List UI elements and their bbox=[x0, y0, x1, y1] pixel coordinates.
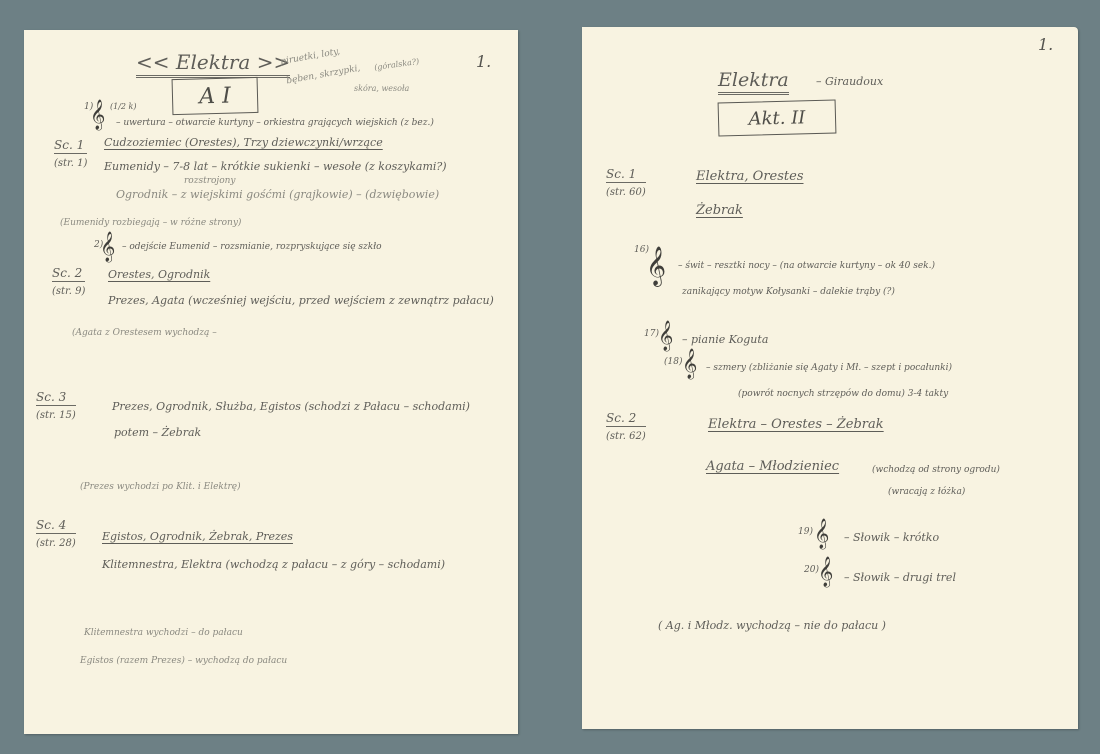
manuscript-page-left: << Elektra >> 1. piruetki, loty, bęben, … bbox=[24, 30, 518, 734]
scene-page-ref: (str. 1) bbox=[54, 158, 87, 169]
scene-label: Sc. 1 (str. 1) bbox=[54, 138, 87, 169]
act-box: Akt. II bbox=[718, 99, 837, 136]
cue-text: – odejście Eumenid – rozsmianie, rozprys… bbox=[122, 242, 382, 252]
author-name: – Giraudoux bbox=[816, 75, 883, 88]
scene-line: Orestes, Ogrodnik bbox=[108, 268, 210, 281]
cue-text: – świt – resztki nocy – (na otwarcie kur… bbox=[678, 261, 935, 271]
scene-label: Sc. 3 (str. 15) bbox=[36, 390, 76, 421]
scene-line: Elektra, Orestes bbox=[696, 169, 804, 184]
scene-number: Sc. 2 bbox=[52, 266, 85, 282]
act-label: Akt. II bbox=[748, 107, 805, 129]
page-number: 1. bbox=[1038, 35, 1053, 54]
scene-line: Prezes, Ogrodnik, Służba, Egistos (schod… bbox=[112, 400, 470, 413]
scene-line: Agata – Młodzieniec bbox=[706, 459, 839, 474]
scene-line: Cudzoziemiec (Orestes), Trzy dziewczynki… bbox=[104, 136, 383, 149]
cue-text: (powrót nocnych strzępów do domu) 3-4 ta… bbox=[738, 389, 948, 399]
cue-number: (18) bbox=[664, 357, 682, 367]
treble-clef-icon: 𝄞 bbox=[682, 351, 697, 377]
scene-page-ref: (str. 60) bbox=[606, 187, 646, 198]
scene-page-ref: (str. 28) bbox=[36, 538, 76, 549]
scene-line: Klitemnestra, Elektra (wchodzą z pałacu … bbox=[102, 558, 445, 571]
footer-note: Egistos (razem Prezes) – wychodzą do pał… bbox=[80, 656, 287, 666]
scene-line: Żebrak bbox=[696, 203, 743, 218]
scene-number: Sc. 1 bbox=[606, 167, 646, 183]
page-number: 1. bbox=[476, 52, 491, 71]
scene-line: Prezes, Agata (wcześniej wejściu, przed … bbox=[108, 294, 494, 307]
scene-line: Elektra – Orestes – Żebrak bbox=[708, 417, 884, 432]
scene-line: Eumenidy – 7-8 lat – krótkie sukienki – … bbox=[104, 160, 447, 173]
footer-note: Klitemnestra wychodzi – do pałacu bbox=[84, 628, 243, 638]
cue-number: 19) bbox=[798, 527, 813, 537]
scene-aside: (wracają z łóżka) bbox=[888, 487, 965, 497]
cue-duration: (1/2 k) bbox=[110, 102, 137, 111]
scene-line: (Prezes wychodzi po Klit. i Elektrę) bbox=[80, 482, 241, 492]
scene-line: Ogrodnik – z wiejskimi gośćmi (grajkowie… bbox=[116, 188, 439, 201]
scene-line: Egistos, Ogrodnik, Żebrak, Prezes bbox=[102, 530, 293, 543]
scene-line: rozstrojony bbox=[184, 176, 236, 186]
scene-label: Sc. 1 (str. 60) bbox=[606, 167, 646, 198]
page-title: << Elektra >> bbox=[136, 50, 290, 78]
cue-text: zanikający motyw Kołysanki – dalekie trą… bbox=[682, 287, 895, 297]
side-note-line-3: (góralska?) bbox=[374, 57, 420, 72]
scene-page-ref: (str. 15) bbox=[36, 410, 76, 421]
treble-clef-icon: 𝄞 bbox=[90, 102, 105, 128]
treble-clef-icon: 𝄞 bbox=[814, 521, 829, 547]
side-note-line-4: skóra, wesoła bbox=[354, 84, 409, 93]
treble-clef-icon: 𝄞 bbox=[818, 559, 833, 585]
scene-number: Sc. 1 bbox=[54, 138, 87, 154]
cue-text: – pianie Koguta bbox=[682, 333, 768, 346]
scene-line: (Eumenidy rozbiegają – w różne strony) bbox=[60, 218, 241, 228]
page-title: Elektra bbox=[718, 69, 789, 95]
cue-number: 17) bbox=[644, 329, 659, 339]
manuscript-page-right: Elektra – Giraudoux 1. Akt. II Sc. 1 (st… bbox=[582, 27, 1078, 729]
scene-aside: (wchodzą od strony ogrodu) bbox=[872, 465, 1000, 475]
footer-note: ( Ag. i Młodz. wychodzą – nie do pałacu … bbox=[658, 619, 886, 632]
scene-line: (Agata z Orestesem wychodzą – bbox=[72, 328, 217, 338]
cue-text: – uwertura – otwarcie kurtyny – orkiestr… bbox=[116, 118, 434, 128]
treble-clef-icon: 𝄞 bbox=[646, 249, 666, 283]
scene-number: Sc. 3 bbox=[36, 390, 76, 406]
treble-clef-icon: 𝄞 bbox=[658, 323, 673, 349]
scene-number: Sc. 2 bbox=[606, 411, 646, 427]
scene-page-ref: (str. 62) bbox=[606, 431, 646, 442]
act-label: A I bbox=[199, 83, 231, 109]
scene-page-ref: (str. 9) bbox=[52, 286, 85, 297]
scene-number: Sc. 4 bbox=[36, 518, 76, 534]
side-note-line-2: bęben, skrzypki, bbox=[286, 64, 361, 87]
scene-label: Sc. 4 (str. 28) bbox=[36, 518, 76, 549]
scene-label: Sc. 2 (str. 62) bbox=[606, 411, 646, 442]
cue-number: 20) bbox=[804, 565, 819, 575]
cue-text: – Słowik – krótko bbox=[844, 531, 939, 544]
act-box: A I bbox=[172, 77, 259, 115]
cue-text: – szmery (zbliżanie się Agaty i Mł. – sz… bbox=[706, 363, 952, 373]
cue-text: – Słowik – drugi trel bbox=[844, 571, 956, 584]
scene-line: potem – Żebrak bbox=[114, 426, 201, 439]
scene-label: Sc. 2 (str. 9) bbox=[52, 266, 85, 297]
treble-clef-icon: 𝄞 bbox=[100, 234, 115, 260]
